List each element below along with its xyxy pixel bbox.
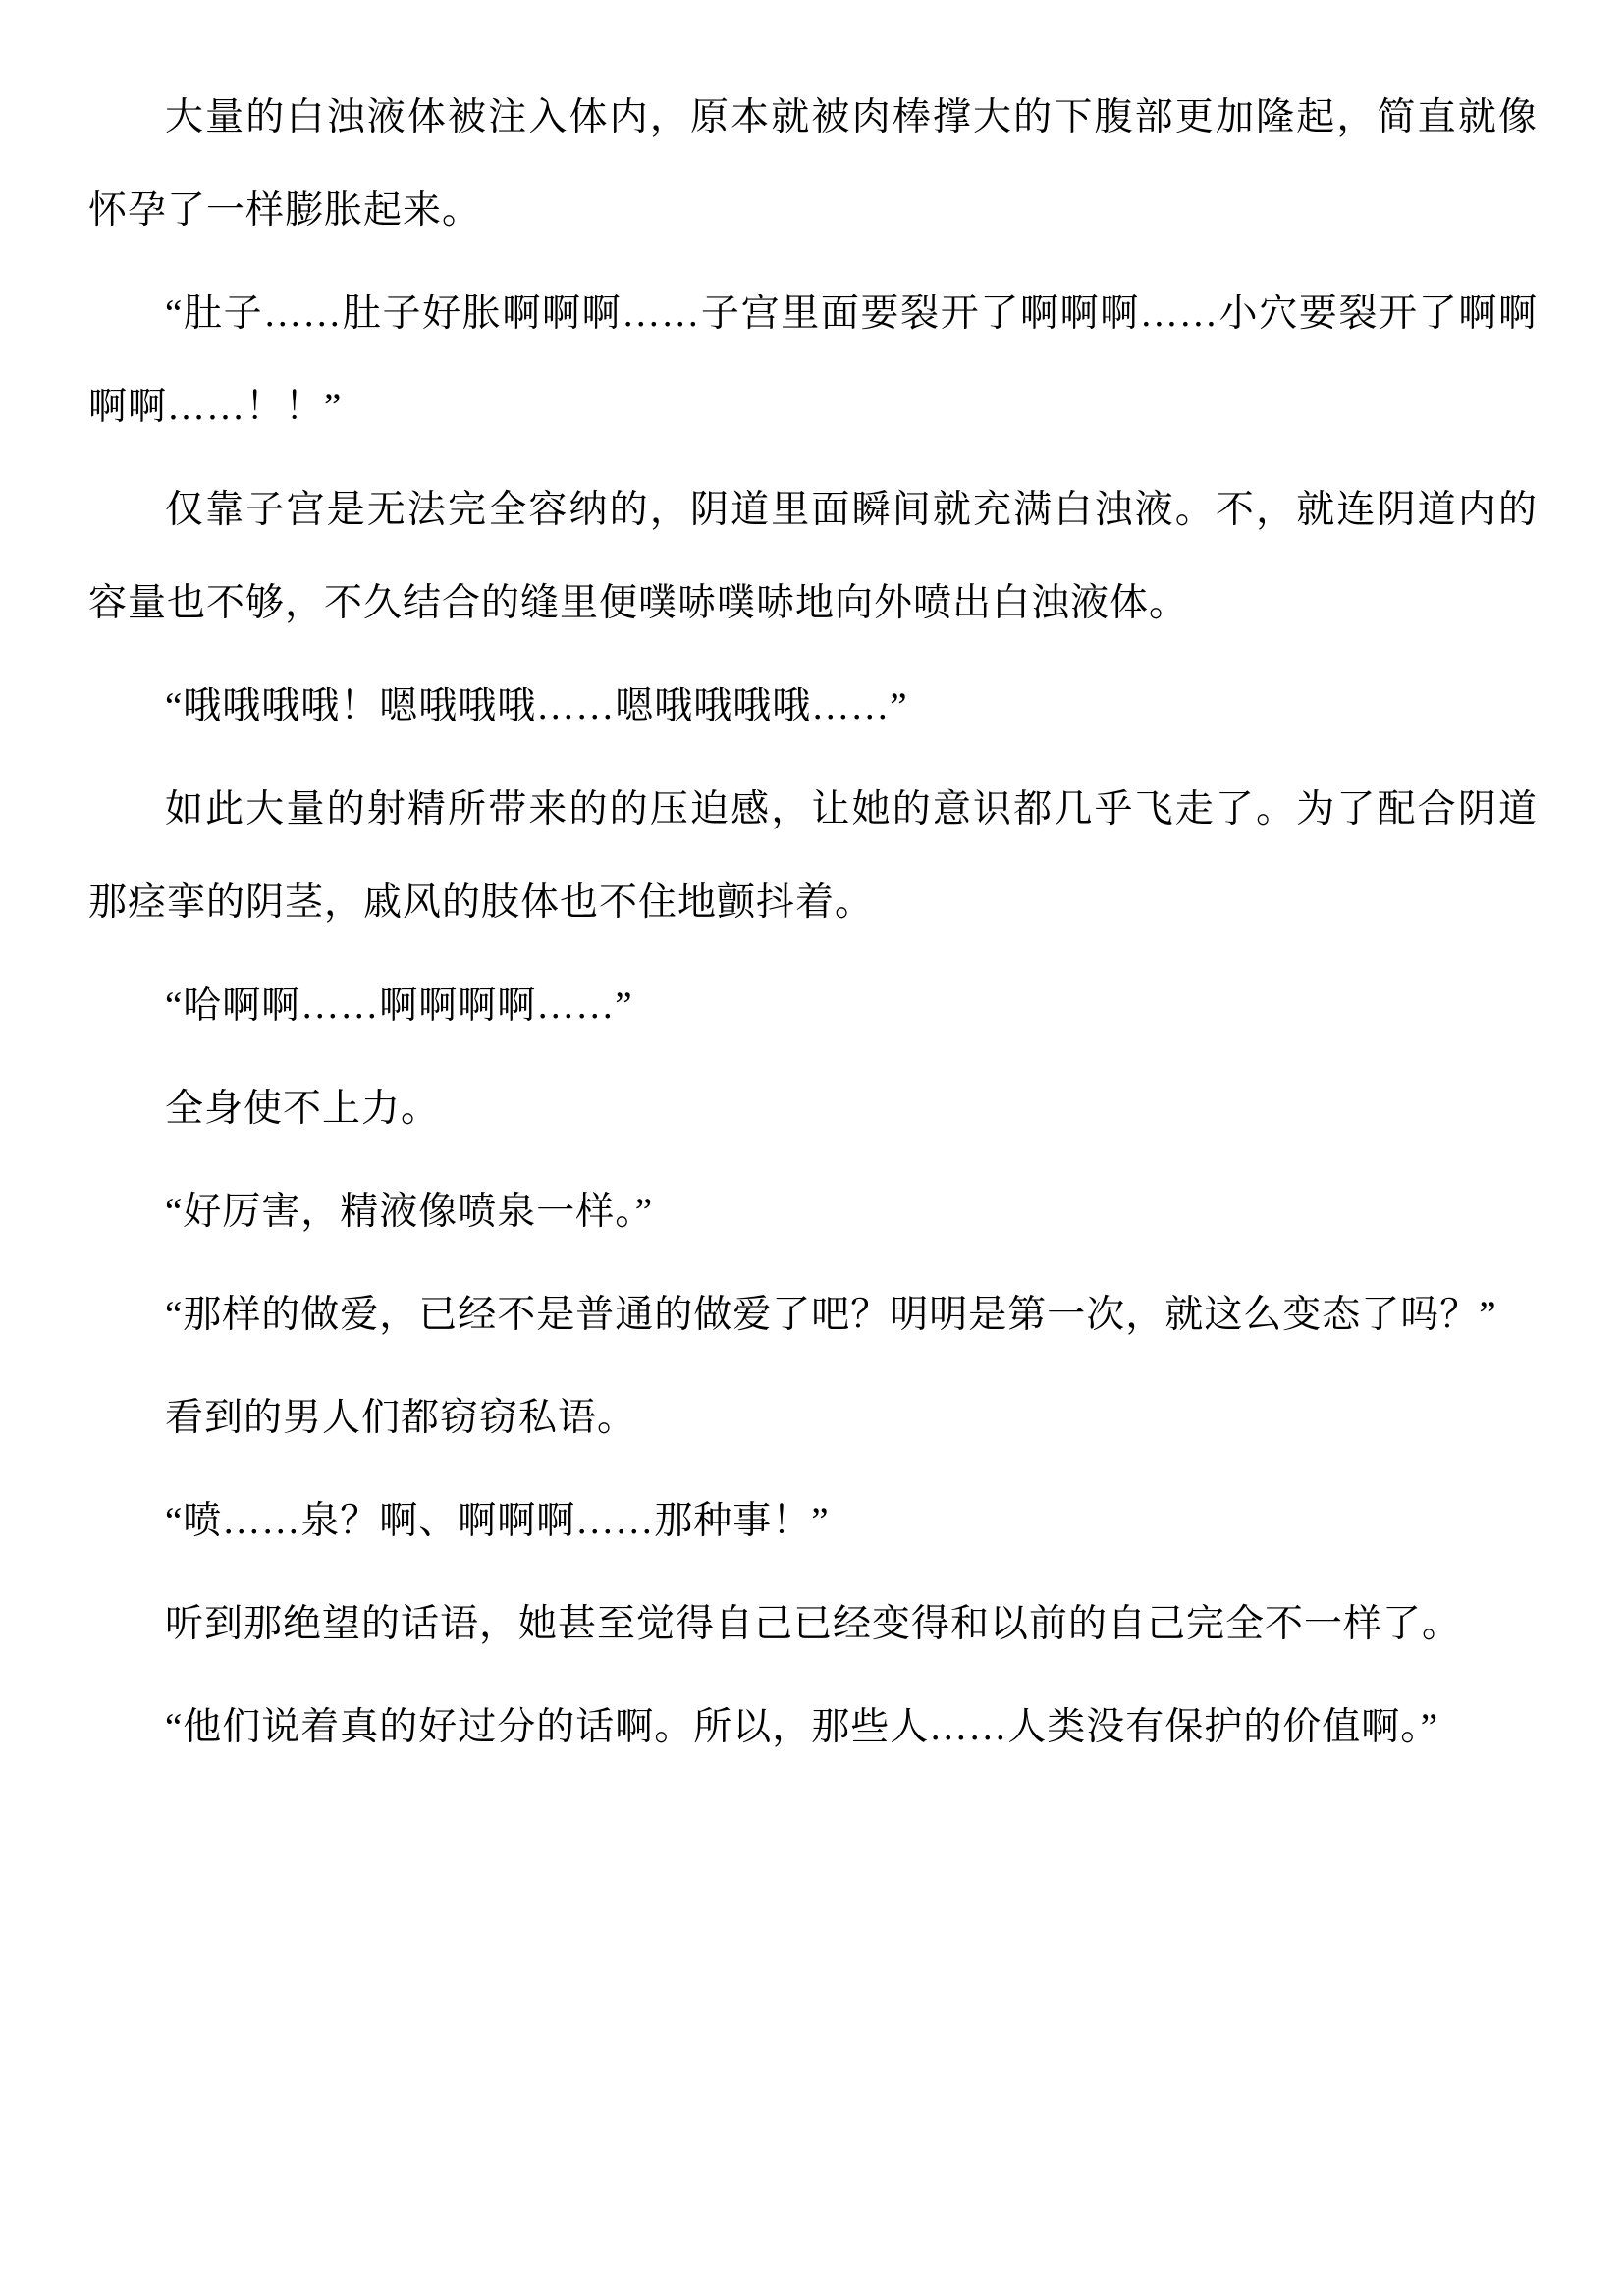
paragraph: 全身使不上力。 xyxy=(88,1062,1538,1155)
paragraph-dialogue: “那样的做爱，已经不是普通的做爱了吧？明明是第一次，就这么变态了吗？” xyxy=(88,1268,1538,1362)
paragraph-dialogue: “哈啊啊……啊啊啊啊……” xyxy=(88,959,1538,1052)
paragraph: 仅靠子宫是无法完全容纳的，阴道里面瞬间就充满白浊液。不，就连阴道内的容量也不够，… xyxy=(88,463,1538,650)
paragraph: 如此大量的射精所带来的的压迫感，让她的意识都几乎飞走了。为了配合阴道那痉挛的阴茎… xyxy=(88,763,1538,949)
paragraph-dialogue: “他们说着真的好过分的话啊。所以，那些人……人类没有保护的价值啊。” xyxy=(88,1681,1538,1774)
paragraph: 大量的白浊液体被注入体内，原本就被肉棒撑大的下腹部更加隆起，简直就像怀孕了一样膨… xyxy=(88,71,1538,257)
paragraph-dialogue: “好厉害，精液像喷泉一样。” xyxy=(88,1165,1538,1258)
paragraph: 听到那绝望的话语，她甚至觉得自己已经变得和以前的自己完全不一样了。 xyxy=(88,1577,1538,1671)
document-page: 大量的白浊液体被注入体内，原本就被肉棒撑大的下腹部更加隆起，简直就像怀孕了一样膨… xyxy=(0,0,1624,2296)
paragraph-dialogue: “哦哦哦哦！嗯哦哦哦……嗯哦哦哦哦……” xyxy=(88,660,1538,753)
paragraph-dialogue: “肚子……肚子好胀啊啊啊……子宫里面要裂开了啊啊啊……小穴要裂开了啊啊啊啊……！… xyxy=(88,267,1538,454)
paragraph-dialogue: “喷……泉？啊、啊啊啊……那种事！” xyxy=(88,1474,1538,1568)
paragraph: 看到的男人们都窃窃私语。 xyxy=(88,1371,1538,1465)
